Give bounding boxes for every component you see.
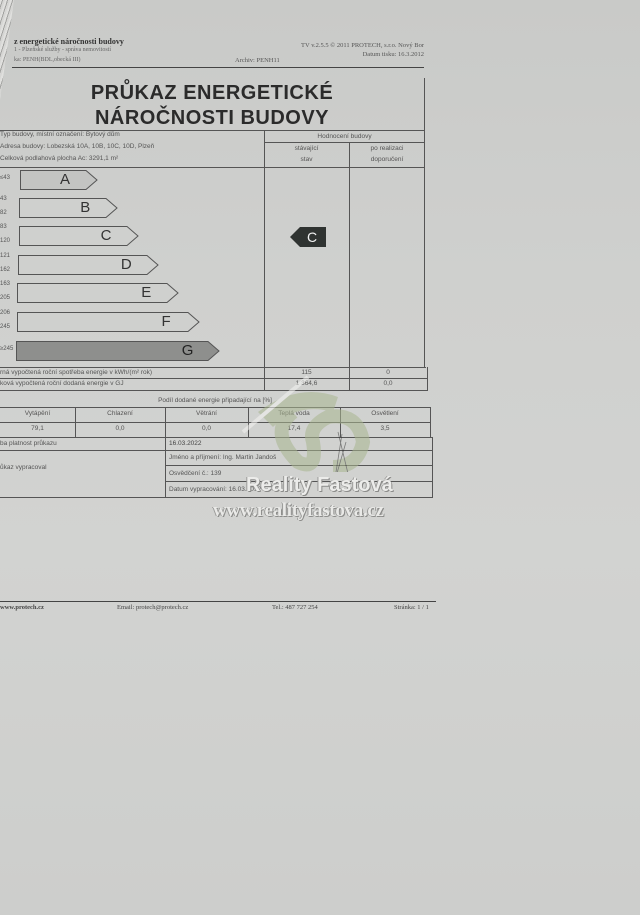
class-letter: C [101,227,112,244]
class-letter: E [141,284,151,301]
archive-id: Archiv: PENH11 [235,57,280,64]
class-letter: B [80,199,90,216]
class-range-top: 43 [0,196,7,202]
class-range-bottom: 82 [0,210,7,216]
software-version: TV v.2.5.5 © 2011 PROTECH, s.r.o. Nový B… [301,42,424,49]
delivered-energy-label: ková vypočtená roční dodaná energie v GJ [0,380,124,387]
class-bar-b: B [19,198,118,217]
watermark-url: www.realityfastova.cz [213,500,384,522]
class-bar-a: A [20,170,98,189]
share-value-0: 79,1 [0,425,75,432]
building-address: Adresa budovy: Lobezská 10A, 10B, 10C, 1… [0,143,154,150]
doc-title: z energetické náročnosti budovy [14,37,124,46]
class-range-top: 163 [0,281,10,287]
print-date: Datum tisku: 16.3.2012 [363,51,424,58]
class-letter: D [121,256,132,273]
title-box: PRŮKAZ ENERGETICKÉ NÁROČNOSTI BUDOVY [0,78,425,130]
class-range-top: 206 [0,310,10,316]
current-state-l1: stávající [264,145,349,152]
energy-consumption-label: rná vypočtená roční spotřeba energie v k… [0,369,152,376]
svg-text:C: C [307,229,317,245]
class-range-top: ≤43 [0,175,10,181]
footer-web: www.protech.cz [0,604,44,611]
after-l1: po realizaci [349,145,425,152]
footer-page: Stránka: 1 / 1 [394,604,429,611]
share-value-2: 0,0 [165,425,248,432]
doc-line3: ka: PENH(BDL,obecká III) [14,57,80,63]
class-range-bottom: 162 [0,267,10,273]
watermark-logo-icon [238,372,378,477]
title-line-2: NÁROČNOSTI BUDOVY [0,106,424,131]
share-header-2: Větrání [165,410,248,417]
class-range-bottom: 120 [0,238,10,244]
certificate-title: PRŮKAZ ENERGETICKÉ NÁROČNOSTI BUDOVY [0,81,424,131]
class-range-bottom: 245 [0,324,10,330]
class-range-top: ≥245 [0,346,13,352]
after-l2: doporučení [349,156,425,163]
class-letter: A [60,171,70,188]
class-range-top: 121 [0,253,10,259]
header-rule [12,67,424,68]
rating-header: Hodnocení budovy [264,133,425,140]
class-bar-e: E [17,283,179,302]
author-certificate: Osvědčení č.: 139 [169,470,221,477]
footer-rule [0,601,436,602]
share-value-1: 0,0 [75,425,165,432]
author-label: ůkaz vypracoval [0,464,47,471]
class-bar-f: F [17,312,200,331]
class-bar-g: G [16,341,220,360]
share-header-0: Vytápění [0,410,75,417]
doc-subtitle: 1 - Plzeňské služby - správa nemovitostí [14,47,111,53]
class-range-top: 83 [0,224,7,230]
footer-email: Email: protech@protech.cz [117,604,188,611]
class-bar-d: D [18,255,159,274]
current-class-marker: C [290,227,326,252]
footer-phone: Tel.: 487 727 254 [272,604,318,611]
share-header-1: Chlazení [75,410,165,417]
current-state-l2: stav [264,156,349,163]
class-bar-c: C [19,226,139,245]
validity-date: 16.03.2022 [169,440,202,447]
building-area: Celková podlahová plocha Ac: 3291,1 m² [0,155,118,162]
validity-label: ba platnost průkazu [0,440,57,447]
title-line-1: PRŮKAZ ENERGETICKÉ [0,81,424,106]
watermark-name: Reality Fastová [246,474,393,497]
class-letter: G [182,342,194,359]
class-letter: F [162,313,171,330]
class-range-bottom: 205 [0,295,10,301]
building-type: Typ budovy, místní označení: Bytový dům [0,131,120,138]
